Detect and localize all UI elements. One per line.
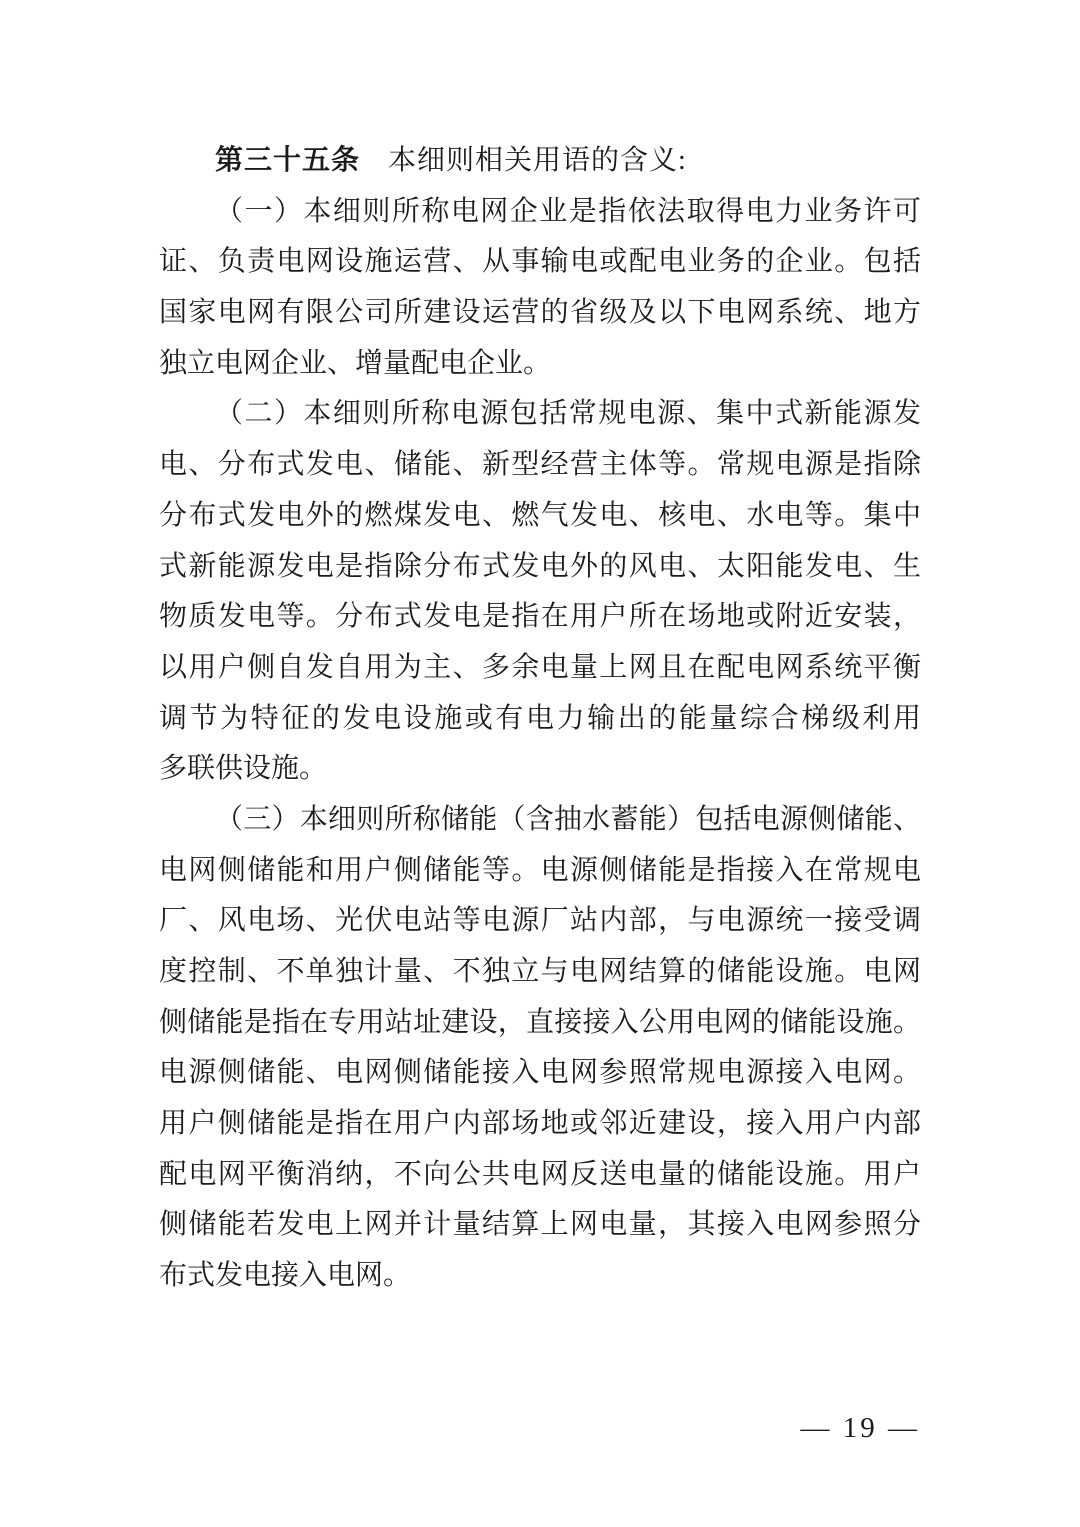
text-line: 国家电网有限公司所建设运营的省级及以下电网系统、地方 <box>159 288 921 339</box>
text-line: 独立电网企业、增量配电企业。 <box>159 339 921 390</box>
article-heading: 第三十五条本细则相关用语的含义: <box>159 136 921 187</box>
text-line: 分布式发电外的燃煤发电、燃气发电、核电、水电等。集中 <box>159 491 921 542</box>
text-line: 侧储能是指在专用站址建设，直接接入公用电网的储能设施。 <box>159 998 921 1049</box>
text-line: 以用户侧自发自用为主、多余电量上网且在配电网系统平衡 <box>159 643 921 694</box>
text-line: （一）本细则所称电网企业是指依法取得电力业务许可 <box>159 187 921 238</box>
text-line: 电网侧储能和用户侧储能等。电源侧储能是指接入在常规电 <box>159 846 921 897</box>
text-line: 证、负责电网设施运营、从事输电或配电业务的企业。包括 <box>159 237 921 288</box>
document-page: 第三十五条本细则相关用语的含义: （一）本细则所称电网企业是指依法取得电力业务许… <box>0 0 1080 1527</box>
paragraph-item-3: （三）本细则所称储能（含抽水蓄能）包括电源侧储能、电网侧储能和用户侧储能等。电源… <box>159 795 921 1302</box>
page-number: — 19 — <box>801 1410 921 1446</box>
text-line: 配电网平衡消纳，不向公共电网反送电量的储能设施。用户 <box>159 1150 921 1201</box>
text-line: 电、分布式发电、储能、新型经营主体等。常规电源是指除 <box>159 440 921 491</box>
paragraph-item-1: （一）本细则所称电网企业是指依法取得电力业务许可证、负责电网设施运营、从事输电或… <box>159 187 921 390</box>
text-line: 度控制、不单独计量、不独立与电网结算的储能设施。电网 <box>159 947 921 998</box>
text-line: 布式发电接入电网。 <box>159 1251 921 1302</box>
paragraph-item-2: （二）本细则所称电源包括常规电源、集中式新能源发电、分布式发电、储能、新型经营主… <box>159 389 921 795</box>
text-line: 电源侧储能、电网侧储能接入电网参照常规电源接入电网。 <box>159 1048 921 1099</box>
text-line: 多联供设施。 <box>159 744 921 795</box>
document-body: 第三十五条本细则相关用语的含义: （一）本细则所称电网企业是指依法取得电力业务许… <box>159 136 921 1302</box>
text-line: 物质发电等。分布式发电是指在用户所在场地或附近安装， <box>159 592 921 643</box>
text-line: （三）本细则所称储能（含抽水蓄能）包括电源侧储能、 <box>159 795 921 846</box>
article-number: 第三十五条 <box>215 145 360 176</box>
text-line: 用户侧储能是指在用户内部场地或邻近建设，接入用户内部 <box>159 1099 921 1150</box>
article-title: 本细则相关用语的含义: <box>388 145 687 176</box>
text-line: （二）本细则所称电源包括常规电源、集中式新能源发 <box>159 389 921 440</box>
paragraphs-container: （一）本细则所称电网企业是指依法取得电力业务许可证、负责电网设施运营、从事输电或… <box>159 187 921 1302</box>
text-line: 厂、风电场、光伏电站等电源厂站内部，与电源统一接受调 <box>159 896 921 947</box>
text-line: 式新能源发电是指除分布式发电外的风电、太阳能发电、生 <box>159 542 921 593</box>
text-line: 侧储能若发电上网并计量结算上网电量，其接入电网参照分 <box>159 1200 921 1251</box>
text-line: 调节为特征的发电设施或有电力输出的能量综合梯级利用 <box>159 694 921 745</box>
